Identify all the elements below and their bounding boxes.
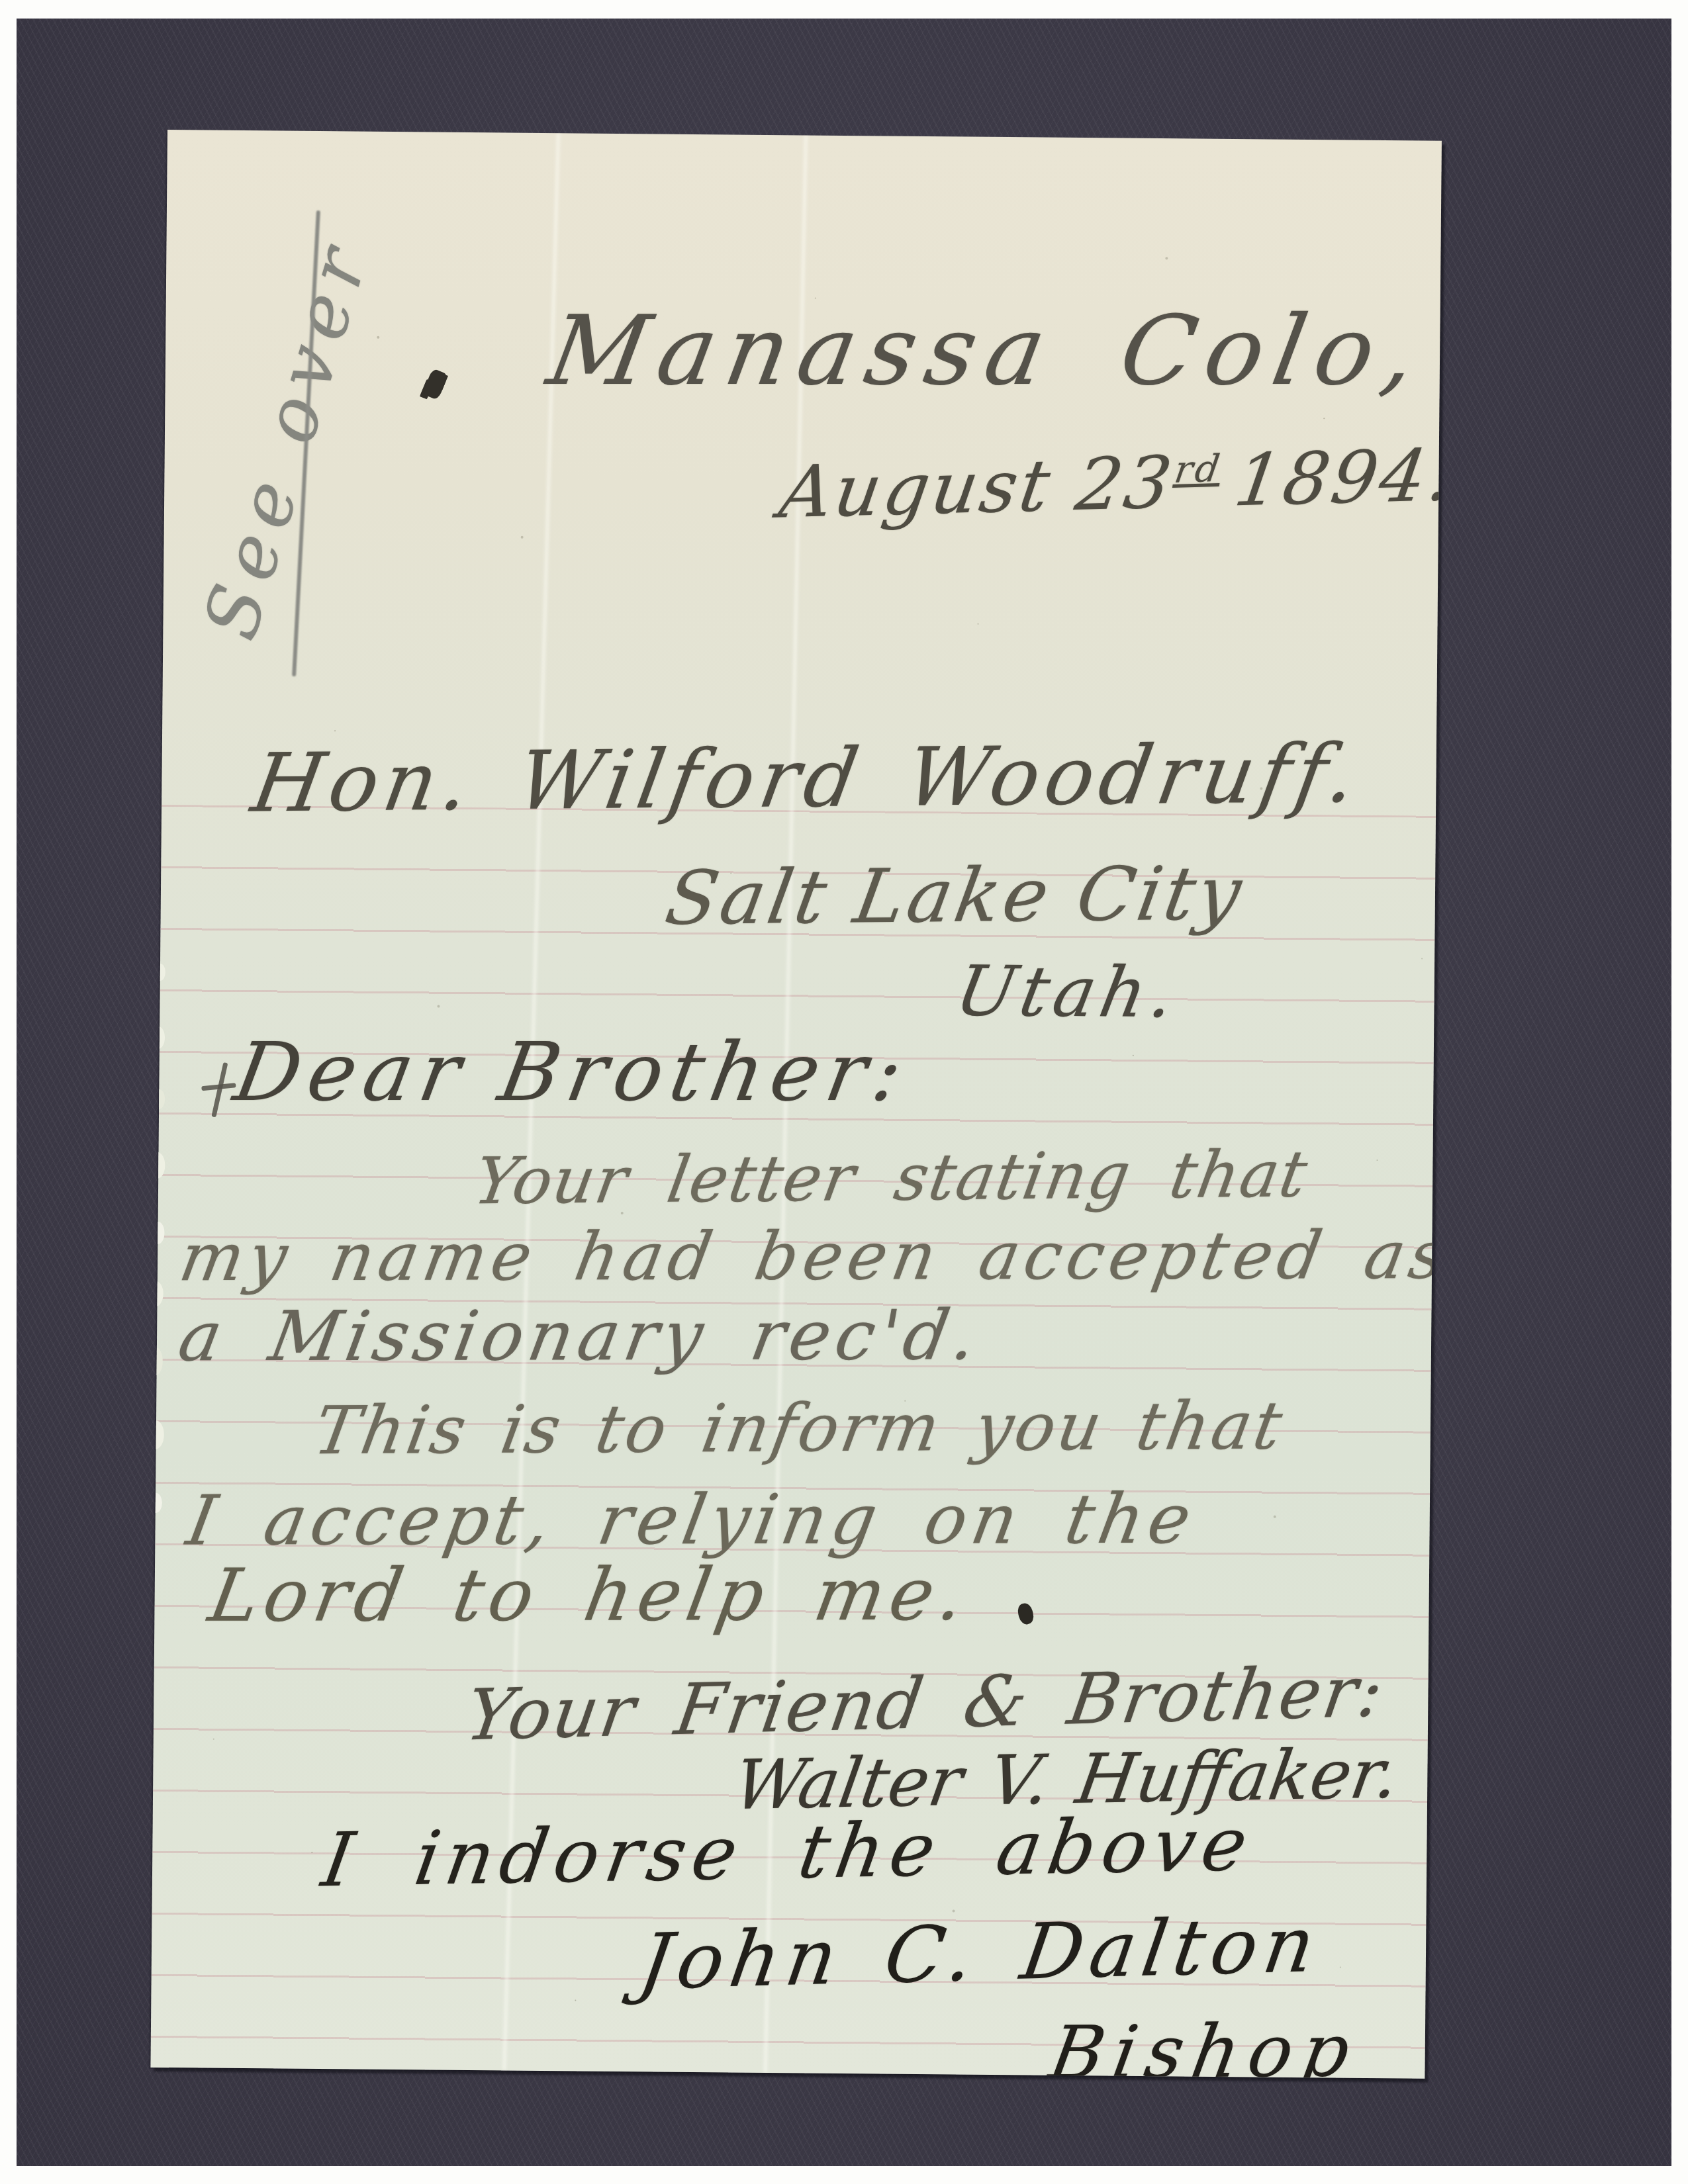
torn-edge	[150, 964, 171, 1546]
ink-blot	[1016, 1602, 1035, 1625]
body-line-1: Your letter stating that	[469, 1136, 1314, 1218]
recipient-state: Utah.	[950, 951, 1186, 1034]
torn-edge-bump	[150, 1420, 164, 1449]
heading-date-ordinal: rd	[1172, 447, 1225, 492]
torn-edge-bump	[151, 1222, 164, 1244]
body-line-5: I accept, relying on the	[181, 1479, 1202, 1561]
letter-page: See over Manassa Colo, August 23rd1894. …	[150, 130, 1441, 2079]
flourish-vertical-stroke	[211, 1062, 228, 1118]
recipient-name: Hon. Wilford Woodruff.	[246, 727, 1369, 831]
endorsement-signer: John C. Dalton	[633, 1900, 1327, 2007]
body-line-3: a Missionary rec'd.	[173, 1295, 988, 1377]
heading-place: Manassa Colo,	[540, 295, 1435, 407]
endorsement-statement: I indorse the above	[316, 1801, 1260, 1904]
endorsement-title: Bishop	[1044, 2008, 1365, 2079]
torn-edge-bump	[152, 1026, 165, 1049]
mat-background: See over Manassa Colo, August 23rd1894. …	[17, 19, 1671, 2166]
pencil-note: See over	[180, 205, 394, 673]
torn-edge-bump	[155, 964, 165, 981]
ink-blot	[422, 368, 449, 400]
torn-edge-bump	[150, 1347, 162, 1375]
body-line-2: my name had been accepted as	[174, 1216, 1442, 1296]
scanned-letter-image: See over Manassa Colo, August 23rd1894. …	[0, 0, 1688, 2184]
torn-edge-bump	[150, 1281, 163, 1306]
torn-edge-bump	[153, 1089, 165, 1109]
torn-edge-bump	[150, 1152, 165, 1179]
recipient-city: Salt Lake City	[660, 850, 1250, 942]
paper-fiber-speckles	[167, 130, 169, 131]
heading-date-year: 1894.	[1229, 434, 1442, 523]
salutation: Dear Brother:	[228, 1025, 917, 1119]
body-line-6: Lord to help me.	[203, 1552, 976, 1638]
body-line-4: This is to inform you that	[308, 1387, 1290, 1469]
heading-date-day: August 23	[774, 441, 1179, 535]
heading-date: August 23rd1894.	[774, 434, 1442, 535]
torn-edge-bump	[150, 1493, 162, 1513]
